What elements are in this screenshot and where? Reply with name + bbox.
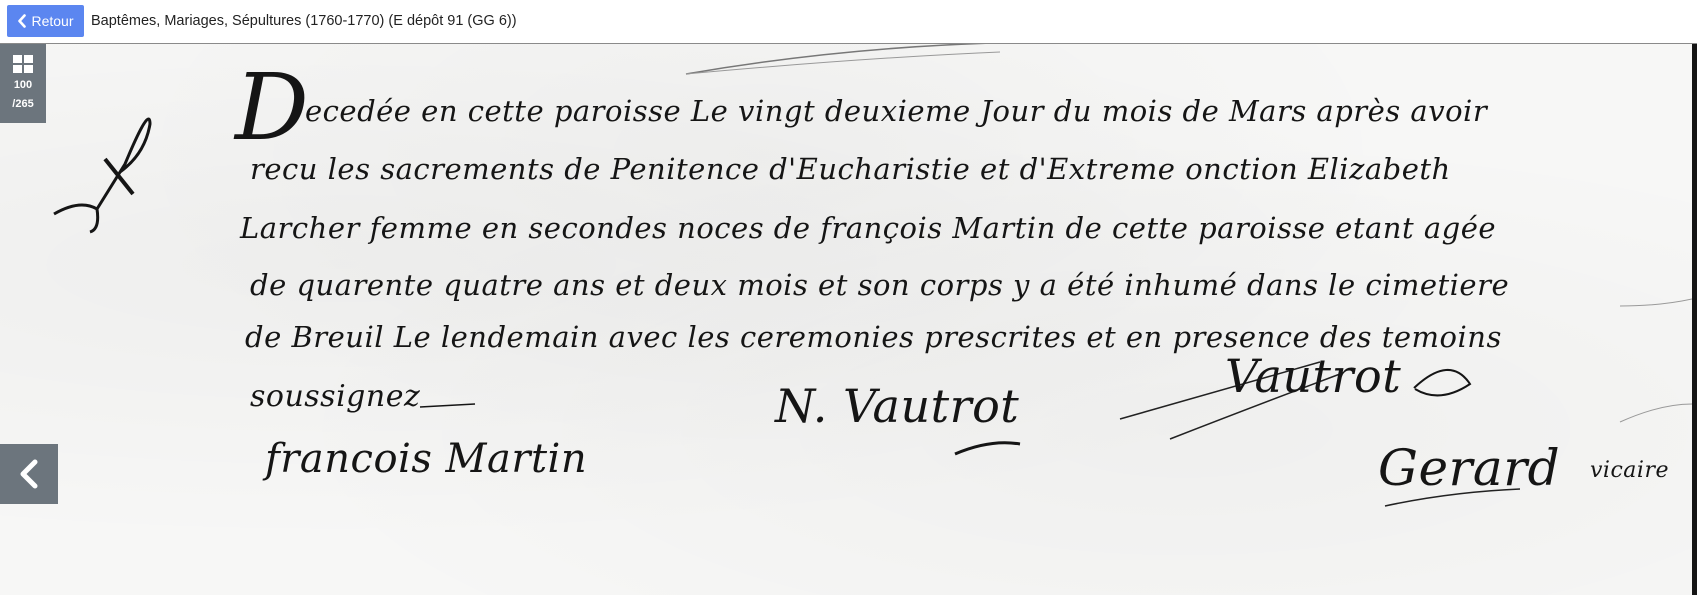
total-pages: /265 <box>0 98 46 110</box>
image-viewer[interactable]: L D ecedée en cette paroisse Le vingt de… <box>0 44 1697 595</box>
signature-francois-martin: francois Martin <box>265 436 587 482</box>
back-button[interactable]: Retour <box>7 5 84 37</box>
signature-n-vautrot: N. Vautrot <box>775 379 1019 433</box>
top-bar: Retour Baptêmes, Mariages, Sépultures (1… <box>0 0 1697 44</box>
manuscript-line-1: ecedée en cette paroisse Le vingt deuxie… <box>305 94 1487 128</box>
grid-icon <box>13 55 33 73</box>
back-label: Retour <box>31 13 73 29</box>
thumbnails-button[interactable]: 100 /265 <box>0 44 46 123</box>
signature-vicaire: vicaire <box>1590 458 1669 483</box>
manuscript-line-6: soussignez <box>250 379 420 414</box>
initial-letter: D <box>235 54 309 161</box>
chevron-left-icon <box>17 14 27 28</box>
page-edge <box>1692 44 1697 595</box>
previous-page-button[interactable] <box>0 444 58 504</box>
document-title: Baptêmes, Mariages, Sépultures (1760-177… <box>91 0 517 43</box>
signature-gerard: Gerard <box>1378 439 1560 497</box>
manuscript-page: L D ecedée en cette paroisse Le vingt de… <box>0 44 1692 595</box>
manuscript-line-2: recu les sacrements de Penitence d'Eucha… <box>250 152 1451 186</box>
manuscript-line-3: Larcher femme en secondes noces de franç… <box>240 211 1496 245</box>
signature-vautrot: Vautrot <box>1225 349 1401 403</box>
chevron-left-icon <box>17 457 41 491</box>
current-page: 100 <box>0 79 46 91</box>
manuscript-line-4: de quarente quatre ans et deux mois et s… <box>250 268 1509 302</box>
